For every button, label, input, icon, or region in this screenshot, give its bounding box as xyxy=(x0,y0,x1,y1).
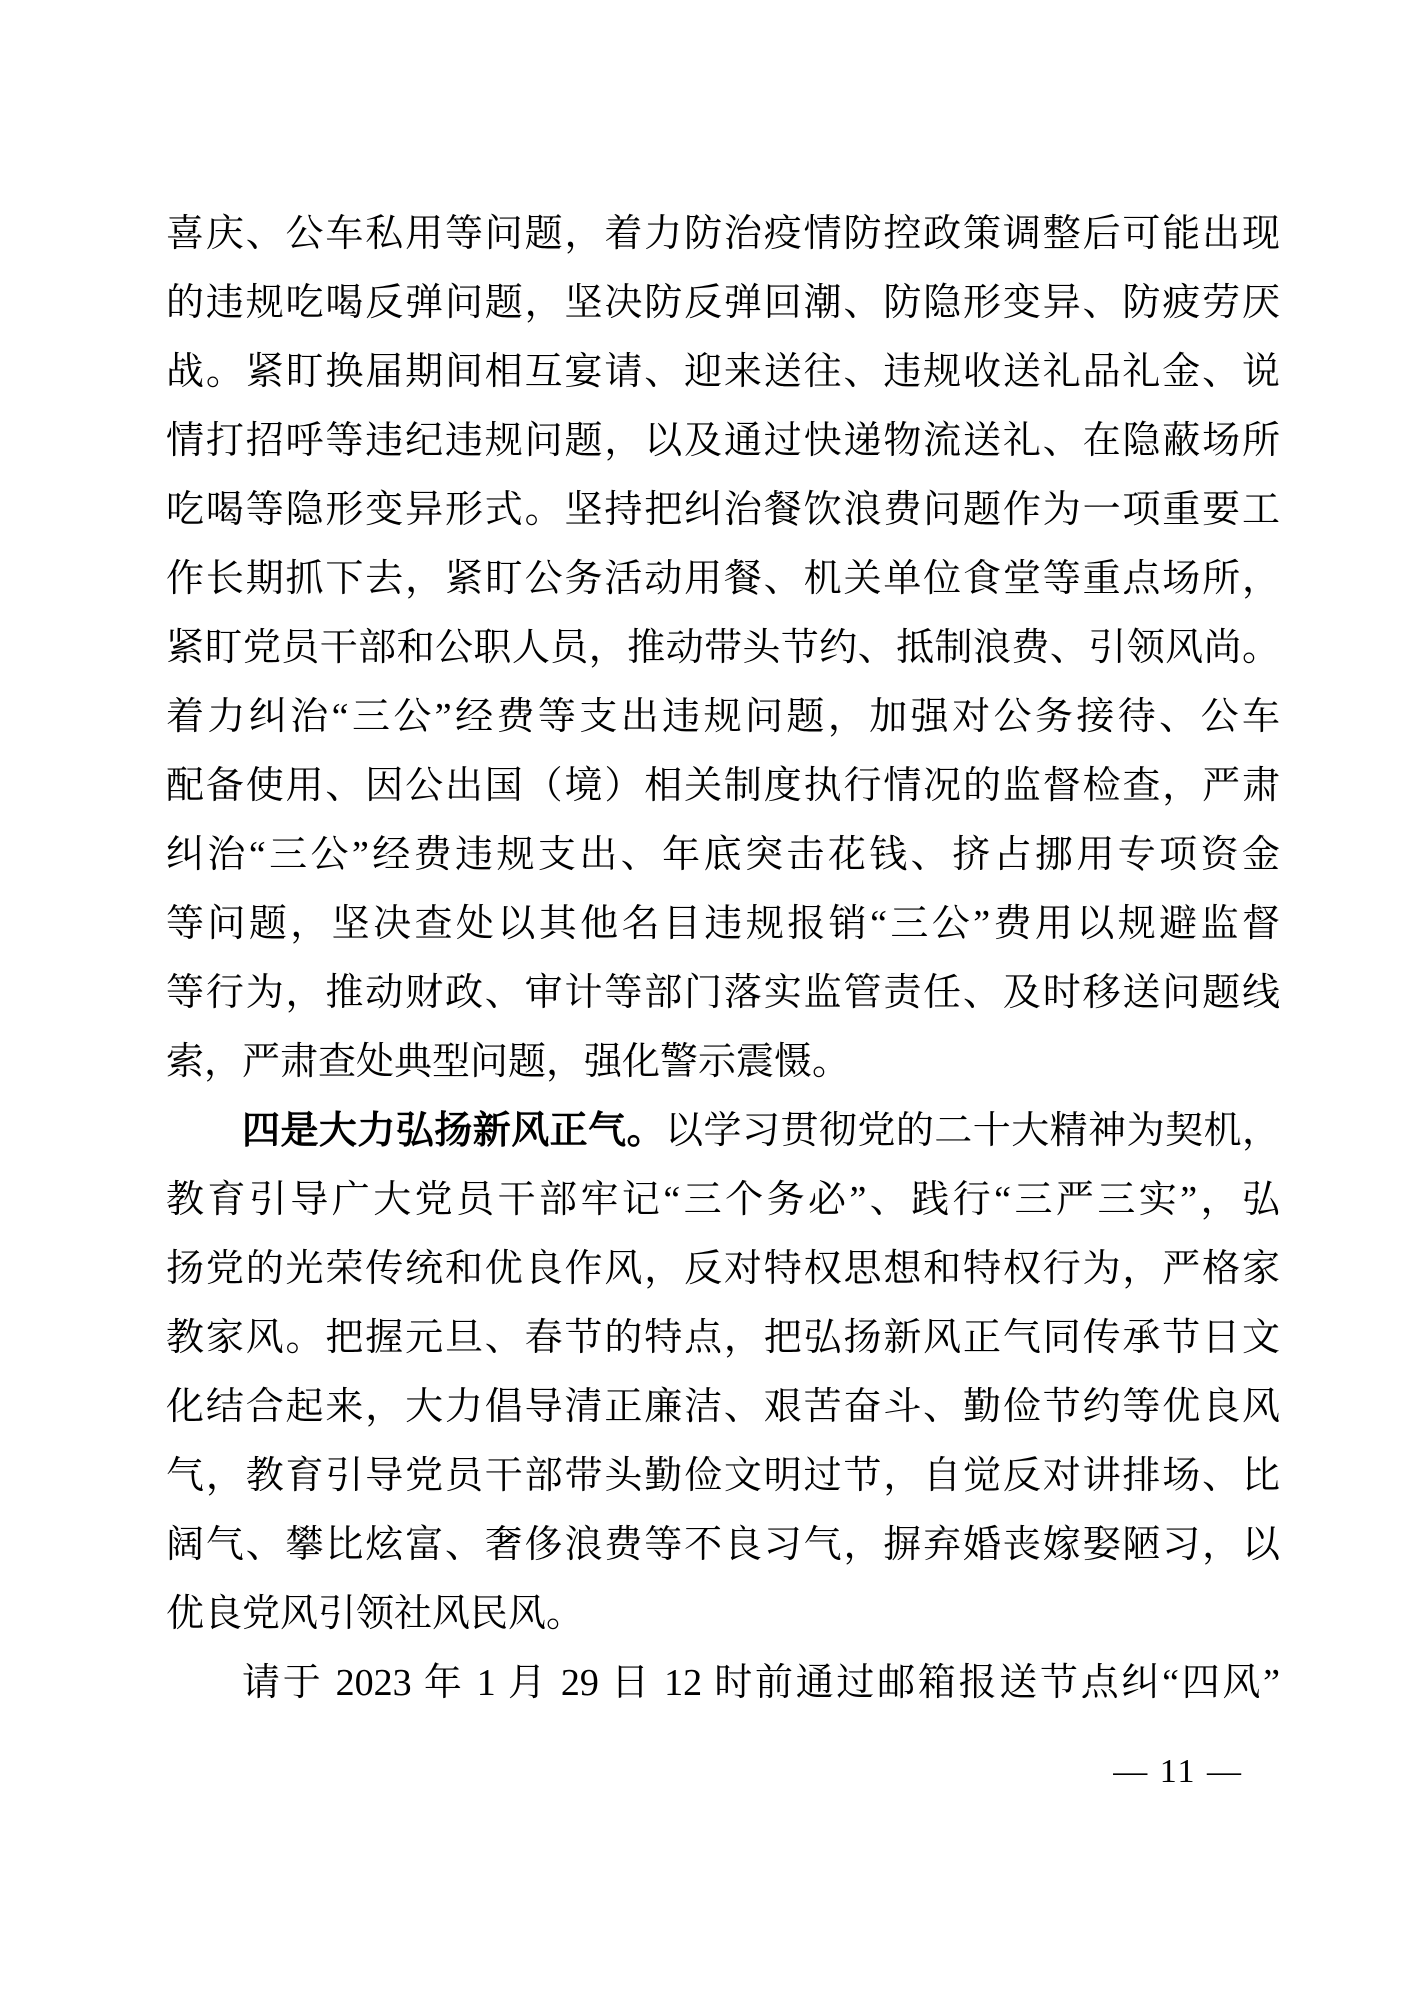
body-text: 战。紧盯换届期间相互宴请、迎来送往、违规收送礼品礼金、说 xyxy=(166,351,1280,393)
body-text: 教育引导广大党员干部牢记“三个务必”、践行“三严三实”，弘 xyxy=(166,1179,1280,1221)
body-text: 吃喝等隐形变异形式。坚持把纠治餐饮浪费问题作为一项重要工 xyxy=(166,489,1280,531)
text-line: 扬党的光荣传统和优良作风，反对特权思想和特权行为，严格家 xyxy=(166,1235,1280,1304)
text-line: 的违规吃喝反弹问题，坚决防反弹回潮、防隐形变异、防疲劳厌 xyxy=(166,269,1280,338)
body-text: 气，教育引导党员干部带头勤俭文明过节，自觉反对讲排场、比 xyxy=(166,1455,1280,1497)
body-text: 以学习贯彻党的二十大精神为契机， xyxy=(665,1110,1280,1152)
body-text: 阔气、攀比炫富、奢侈浪费等不良习气，摒弃婚丧嫁娶陋习，以 xyxy=(166,1524,1280,1566)
body-text: 着力纠治“三公”经费等支出违规问题，加强对公务接待、公车 xyxy=(166,696,1280,738)
body-text: 扬党的光荣传统和优良作风，反对特权思想和特权行为，严格家 xyxy=(166,1248,1280,1290)
page-number: — 11 — xyxy=(1113,1752,1243,1792)
text-line: 吃喝等隐形变异形式。坚持把纠治餐饮浪费问题作为一项重要工 xyxy=(166,476,1280,545)
text-line: 索，严肃查处典型问题，强化警示震慑。 xyxy=(166,1028,1280,1097)
text-line: 请于 2023 年 1 月 29 日 12 时前通过邮箱报送节点纠“四风” xyxy=(166,1649,1280,1718)
text-line: 教家风。把握元旦、春节的特点，把弘扬新风正气同传承节日文 xyxy=(166,1304,1280,1373)
body-text: 配备使用、因公出国（境）相关制度执行情况的监督检查，严肃 xyxy=(166,765,1280,807)
body-text: 索，严肃查处典型问题，强化警示震慑。 xyxy=(166,1041,850,1083)
text-line: 喜庆、公车私用等问题，着力防治疫情防控政策调整后可能出现 xyxy=(166,200,1280,269)
body-text: 等问题，坚决查处以其他名目违规报销“三公”费用以规避监督 xyxy=(166,903,1280,945)
body-text: 纠治“三公”经费违规支出、年底突击花钱、挤占挪用专项资金 xyxy=(166,834,1280,876)
text-line: 紧盯党员干部和公职人员，推动带头节约、抵制浪费、引领风尚。 xyxy=(166,614,1280,683)
body-text: 紧盯党员干部和公职人员，推动带头节约、抵制浪费、引领风尚。 xyxy=(166,627,1280,669)
text-line: 情打招呼等违纪违规问题，以及通过快递物流送礼、在隐蔽场所 xyxy=(166,407,1280,476)
text-line: 战。紧盯换届期间相互宴请、迎来送往、违规收送礼品礼金、说 xyxy=(166,338,1280,407)
body-text: 优良党风引领社风民风。 xyxy=(166,1593,584,1635)
body-text: 的违规吃喝反弹问题，坚决防反弹回潮、防隐形变异、防疲劳厌 xyxy=(166,282,1280,324)
document-page: 喜庆、公车私用等问题，着力防治疫情防控政策调整后可能出现的违规吃喝反弹问题，坚决… xyxy=(0,0,1410,1995)
text-line: 气，教育引导党员干部带头勤俭文明过节，自觉反对讲排场、比 xyxy=(166,1442,1280,1511)
text-line: 优良党风引领社风民风。 xyxy=(166,1580,1280,1649)
text-line: 等问题，坚决查处以其他名目违规报销“三公”费用以规避监督 xyxy=(166,890,1280,959)
text-line: 阔气、攀比炫富、奢侈浪费等不良习气，摒弃婚丧嫁娶陋习，以 xyxy=(166,1511,1280,1580)
text-line: 教育引导广大党员干部牢记“三个务必”、践行“三严三实”，弘 xyxy=(166,1166,1280,1235)
text-line: 着力纠治“三公”经费等支出违规问题，加强对公务接待、公车 xyxy=(166,683,1280,752)
body-text: 化结合起来，大力倡导清正廉洁、艰苦奋斗、勤俭节约等优良风 xyxy=(166,1386,1280,1428)
bold-lead-text: 四是大力弘扬新风正气。 xyxy=(242,1110,665,1152)
text-line: 四是大力弘扬新风正气。以学习贯彻党的二十大精神为契机， xyxy=(166,1097,1280,1166)
body-text: 情打招呼等违纪违规问题，以及通过快递物流送礼、在隐蔽场所 xyxy=(166,420,1280,462)
body-text: 等行为，推动财政、审计等部门落实监管责任、及时移送问题线 xyxy=(166,972,1280,1014)
body-text: 教家风。把握元旦、春节的特点，把弘扬新风正气同传承节日文 xyxy=(166,1317,1280,1359)
text-line: 配备使用、因公出国（境）相关制度执行情况的监督检查，严肃 xyxy=(166,752,1280,821)
text-line: 作长期抓下去，紧盯公务活动用餐、机关单位食堂等重点场所， xyxy=(166,545,1280,614)
document-body: 喜庆、公车私用等问题，着力防治疫情防控政策调整后可能出现的违规吃喝反弹问题，坚决… xyxy=(166,200,1280,1718)
body-text: 请于 2023 年 1 月 29 日 12 时前通过邮箱报送节点纠“四风” xyxy=(242,1662,1280,1704)
body-text: 喜庆、公车私用等问题，着力防治疫情防控政策调整后可能出现 xyxy=(166,213,1280,255)
text-line: 等行为，推动财政、审计等部门落实监管责任、及时移送问题线 xyxy=(166,959,1280,1028)
text-line: 纠治“三公”经费违规支出、年底突击花钱、挤占挪用专项资金 xyxy=(166,821,1280,890)
text-line: 化结合起来，大力倡导清正廉洁、艰苦奋斗、勤俭节约等优良风 xyxy=(166,1373,1280,1442)
body-text: 作长期抓下去，紧盯公务活动用餐、机关单位食堂等重点场所， xyxy=(166,558,1280,600)
